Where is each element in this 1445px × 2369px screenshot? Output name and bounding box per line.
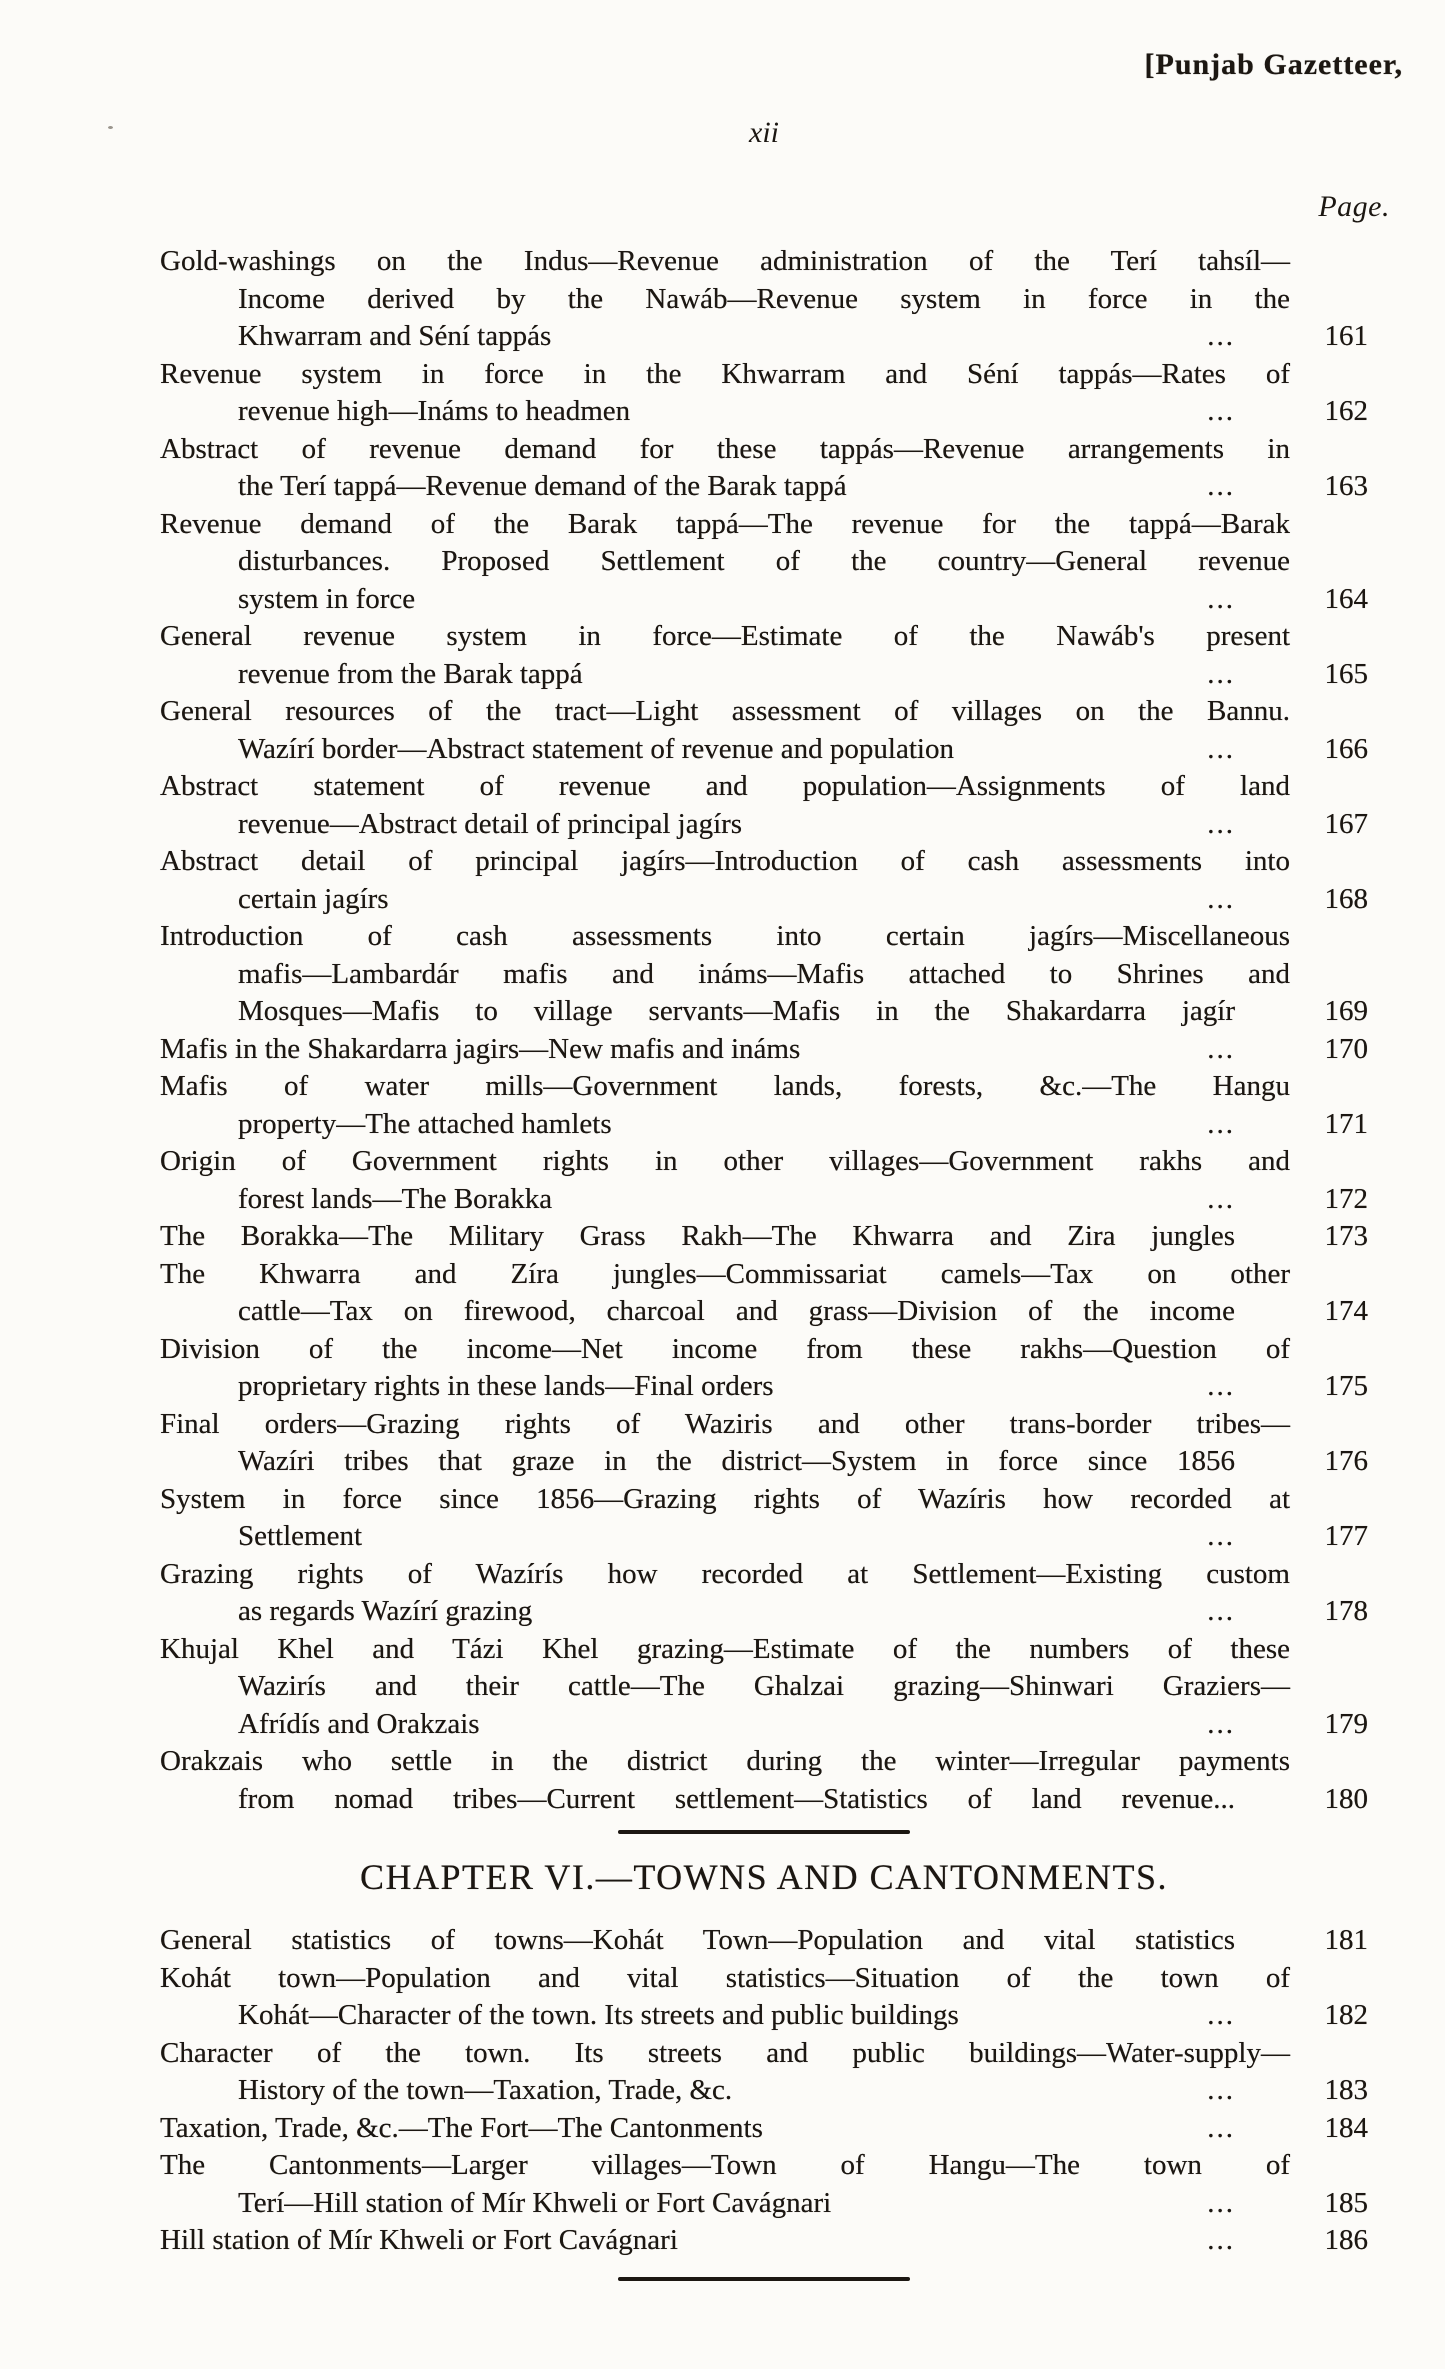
toc-entry-text: cattle—Tax on firewood, charcoal and gra… [238,1293,1235,1331]
dot-leader: ... [1207,1593,1290,1631]
dot-leader: ... [1207,1518,1290,1556]
toc-entry-text: from nomad tribes—Current settlement—Sta… [238,1781,1235,1819]
toc-entry: Abstract statement of revenue and popula… [160,768,1368,843]
toc-entry: The Khwarra and Zíra jungles—Commissaria… [160,1256,1368,1331]
toc-entry-text: Hill station of Mír Khweli or Fort Cavág… [160,2222,678,2260]
toc-entry-line: Taxation, Trade, &c.—The Fort—The Canton… [160,2110,1368,2148]
toc-page-number: 178 [1290,1593,1368,1631]
toc-entry: Grazing rights of Wazírís how recorded a… [160,1556,1368,1631]
toc-page-number: 166 [1290,731,1368,769]
toc-entry: Hill station of Mír Khweli or Fort Cavág… [160,2222,1368,2260]
dot-leader: ... [1207,1368,1290,1406]
dot-leader: ... [1207,318,1290,356]
toc-entry: Division of the income—Net income from t… [160,1331,1368,1406]
toc-page-number: 177 [1290,1518,1368,1556]
toc-entry-line: Orakzais who settle in the district duri… [160,1743,1290,1781]
toc-entry-line: Grazing rights of Wazírís how recorded a… [160,1556,1290,1594]
toc-entry-line: Abstract of revenue demand for these tap… [160,431,1290,469]
toc-page-number: 165 [1290,656,1368,694]
toc-entry-line: certain jagírs...168 [160,881,1368,919]
toc-page-number: 186 [1290,2222,1368,2260]
toc-entry-text: revenue from the Barak tappá [238,656,583,694]
dot-leader: ... [1207,806,1290,844]
toc-entry-line: General resources of the tract—Light ass… [160,693,1290,731]
toc-entry: General revenue system in force—Estimate… [160,618,1368,693]
toc-entry-text: revenue—Abstract detail of principal jag… [238,806,742,844]
toc-entry-line: Revenue system in force in the Khwarram … [160,356,1290,394]
toc-entry: Character of the town. Its streets and p… [160,2035,1368,2110]
toc-entry: Introduction of cash assessments into ce… [160,918,1368,1031]
toc-entry: General statistics of towns—Kohát Town—P… [160,1922,1368,1960]
toc-entry-text: Afrídís and Orakzais [238,1706,480,1744]
toc-entry-line: The Borakka—The Military Grass Rakh—The … [160,1218,1368,1256]
toc-entry-line: Mafis of water mills—Government lands, f… [160,1068,1290,1106]
scan-speck [108,126,113,129]
toc-entry-line: cattle—Tax on firewood, charcoal and gra… [160,1293,1368,1331]
toc-page-number: 180 [1290,1781,1368,1819]
toc-entry-line: System in force since 1856—Grazing right… [160,1481,1290,1519]
toc-entry-line: property—The attached hamlets...171 [160,1106,1368,1144]
toc-entry-text: system in force [238,581,415,619]
toc-entry-line: Introduction of cash assessments into ce… [160,918,1290,956]
toc-page-number: 181 [1290,1922,1368,1960]
toc-entry-text: as regards Wazírí grazing [238,1593,532,1631]
chapter-heading: CHAPTER VI.—TOWNS AND CANTONMENTS. [160,1856,1368,1898]
toc-page-number: 176 [1290,1443,1368,1481]
dot-leader: ... [1207,1106,1290,1144]
toc-entry-text: property—The attached hamlets [238,1106,612,1144]
toc-entry: Abstract detail of principal jagírs—Intr… [160,843,1368,918]
toc-entry: Final orders—Grazing rights of Waziris a… [160,1406,1368,1481]
toc-entry-line: revenue—Abstract detail of principal jag… [160,806,1368,844]
chapter6-toc-list: General statistics of towns—Kohát Town—P… [160,1922,1368,2260]
toc-entry-line: mafis—Lambardár mafis and ináms—Mafis at… [160,956,1290,994]
toc-entry-text: Kohát—Character of the town. Its streets… [238,1997,959,2035]
toc-page-number: 182 [1290,1997,1368,2035]
toc-entry-text: Mosques—Mafis to village servants—Mafis … [238,993,1235,1031]
toc-entry-line: Khwarram and Séní tappás...161 [160,318,1368,356]
toc-entry-line: General statistics of towns—Kohát Town—P… [160,1922,1368,1960]
toc-entry-line: The Cantonments—Larger villages—Town of … [160,2147,1290,2185]
dot-leader: ... [1207,393,1290,431]
toc-page-number: 185 [1290,2185,1368,2223]
toc-entry-line: Abstract statement of revenue and popula… [160,768,1290,806]
toc-page-number: 164 [1290,581,1368,619]
toc-entry-text: Settlement [238,1518,362,1556]
toc-entry-text: Wazíri tribes that graze in the district… [238,1443,1235,1481]
dot-leader: ... [1207,2110,1290,2148]
toc-entry-text: Taxation, Trade, &c.—The Fort—The Canton… [160,2110,763,2148]
dot-leader: ... [1207,1997,1290,2035]
toc-entry-line: Origin of Government rights in other vil… [160,1143,1290,1181]
toc-entry: Taxation, Trade, &c.—The Fort—The Canton… [160,2110,1368,2148]
toc-entry-line: proprietary rights in these lands—Final … [160,1368,1368,1406]
toc-page-number: 172 [1290,1181,1368,1219]
gazetteer-running-header: [Punjab Gazetteer, [1145,48,1404,82]
toc-entry-line: Mosques—Mafis to village servants—Mafis … [160,993,1368,1031]
toc-entry-text: The Borakka—The Military Grass Rakh—The … [160,1218,1235,1256]
dot-leader: ... [1207,1706,1290,1744]
toc-entry-line: Division of the income—Net income from t… [160,1331,1290,1369]
toc-entry-text: forest lands—The Borakka [238,1181,552,1219]
toc-entry: Mafis in the Shakardarra jagirs—New mafi… [160,1031,1368,1069]
dot-leader: ... [1207,581,1290,619]
toc-entry: Origin of Government rights in other vil… [160,1143,1368,1218]
toc-page-number: 175 [1290,1368,1368,1406]
toc-entry-line: Character of the town. Its streets and p… [160,2035,1290,2073]
toc-entry-line: disturbances. Proposed Settlement of the… [160,543,1290,581]
toc-entry: Orakzais who settle in the district duri… [160,1743,1368,1818]
toc-entry-line: Final orders—Grazing rights of Waziris a… [160,1406,1290,1444]
toc-entry-line: Revenue demand of the Barak tappá—The re… [160,506,1290,544]
toc-entry-line: Wazirís and their cattle—The Ghalzai gra… [160,1668,1290,1706]
toc-entry: Gold-washings on the Indus—Revenue admin… [160,243,1368,356]
toc-entry-text: History of the town—Taxation, Trade, &c. [238,2072,732,2110]
toc-entry-line: Terí—Hill station of Mír Khweli or Fort … [160,2185,1368,2223]
toc-entry-line: Wazíri tribes that graze in the district… [160,1443,1368,1481]
toc-page-number: 173 [1290,1218,1368,1256]
toc-entry-line: Hill station of Mír Khweli or Fort Cavág… [160,2222,1368,2260]
toc-entry-line: Kohát town—Population and vital statisti… [160,1960,1290,1998]
dot-leader: ... [1207,1181,1290,1219]
toc-entry-text: revenue high—Ináms to headmen [238,393,630,431]
toc-entry-text: Terí—Hill station of Mír Khweli or Fort … [238,2185,831,2223]
toc-entry-line: forest lands—The Borakka...172 [160,1181,1368,1219]
toc-page-number: 168 [1290,881,1368,919]
toc-entry-line: as regards Wazírí grazing...178 [160,1593,1368,1631]
toc-entry-text: proprietary rights in these lands—Final … [238,1368,774,1406]
dot-leader: ... [1207,468,1290,506]
dot-leader: ... [1207,881,1290,919]
toc-entry-line: system in force...164 [160,581,1368,619]
toc-page-number: 170 [1290,1031,1368,1069]
dot-leader: ... [1207,2185,1290,2223]
toc-page-number: 169 [1290,993,1368,1031]
toc-entry-line: revenue from the Barak tappá...165 [160,656,1368,694]
toc-entry-text: General statistics of towns—Kohát Town—P… [160,1922,1235,1960]
toc-entry: Revenue demand of the Barak tappá—The re… [160,506,1368,619]
page-column-label: Page. [1318,190,1390,224]
toc-entry: Abstract of revenue demand for these tap… [160,431,1368,506]
toc-entry-line: Kohát—Character of the town. Its streets… [160,1997,1368,2035]
toc-entry: Mafis of water mills—Government lands, f… [160,1068,1368,1143]
toc-entry-line: Wazírí border—Abstract statement of reve… [160,731,1368,769]
toc-entry-text: Khwarram and Séní tappás [238,318,551,356]
toc-entry-line: the Terí tappá—Revenue demand of the Bar… [160,468,1368,506]
dot-leader: ... [1207,2072,1290,2110]
toc-page-number: 163 [1290,468,1368,506]
toc-entry-line: History of the town—Taxation, Trade, &c.… [160,2072,1368,2110]
toc-entry: Khujal Khel and Tázi Khel grazing—Estima… [160,1631,1368,1744]
toc-entry-text: the Terí tappá—Revenue demand of the Bar… [238,468,847,506]
toc-entry-line: Khujal Khel and Tázi Khel grazing—Estima… [160,1631,1290,1669]
toc-entry: Kohát town—Population and vital statisti… [160,1960,1368,2035]
toc-entry: System in force since 1856—Grazing right… [160,1481,1368,1556]
dot-leader: ... [1207,1031,1290,1069]
toc-entry-line: Settlement...177 [160,1518,1368,1556]
dot-leader: ... [1207,2222,1290,2260]
toc-entry-line: Abstract detail of principal jagírs—Intr… [160,843,1290,881]
book-page: [Punjab Gazetteer, xii Page. Gold-washin… [0,0,1445,2369]
toc-entry-text: Mafis in the Shakardarra jagirs—New mafi… [160,1031,800,1069]
toc-page-number: 171 [1290,1106,1368,1144]
toc-entry-line: Gold-washings on the Indus—Revenue admin… [160,243,1290,281]
toc-entry-line: from nomad tribes—Current settlement—Sta… [160,1781,1368,1819]
section-divider-rule [618,1830,910,1834]
toc-page-number: 161 [1290,318,1368,356]
toc-entry: The Borakka—The Military Grass Rakh—The … [160,1218,1368,1256]
toc-entry-line: revenue high—Ináms to headmen...162 [160,393,1368,431]
toc-entry-text: certain jagírs [238,881,389,919]
toc-page-number: 183 [1290,2072,1368,2110]
toc-entry: General resources of the tract—Light ass… [160,693,1368,768]
toc-entry-text: Wazírí border—Abstract statement of reve… [238,731,954,769]
toc-entry: Revenue system in force in the Khwarram … [160,356,1368,431]
end-divider-rule [618,2277,910,2281]
toc-list: Gold-washings on the Indus—Revenue admin… [160,243,1368,1818]
toc-page-number: 162 [1290,393,1368,431]
toc-entry-line: General revenue system in force—Estimate… [160,618,1290,656]
toc-page-number: 184 [1290,2110,1368,2148]
roman-page-number: xii [160,116,1368,150]
dot-leader: ... [1207,656,1290,694]
toc-entry-line: Afrídís and Orakzais...179 [160,1706,1368,1744]
toc-entry-line: The Khwarra and Zíra jungles—Commissaria… [160,1256,1290,1294]
toc-entry-line: Income derived by the Nawáb—Revenue syst… [160,281,1290,319]
toc-page-number: 167 [1290,806,1368,844]
toc-entry-line: Mafis in the Shakardarra jagirs—New mafi… [160,1031,1368,1069]
toc-entry: The Cantonments—Larger villages—Town of … [160,2147,1368,2222]
toc-page-number: 179 [1290,1706,1368,1744]
toc-page-number: 174 [1290,1293,1368,1331]
dot-leader: ... [1207,731,1290,769]
